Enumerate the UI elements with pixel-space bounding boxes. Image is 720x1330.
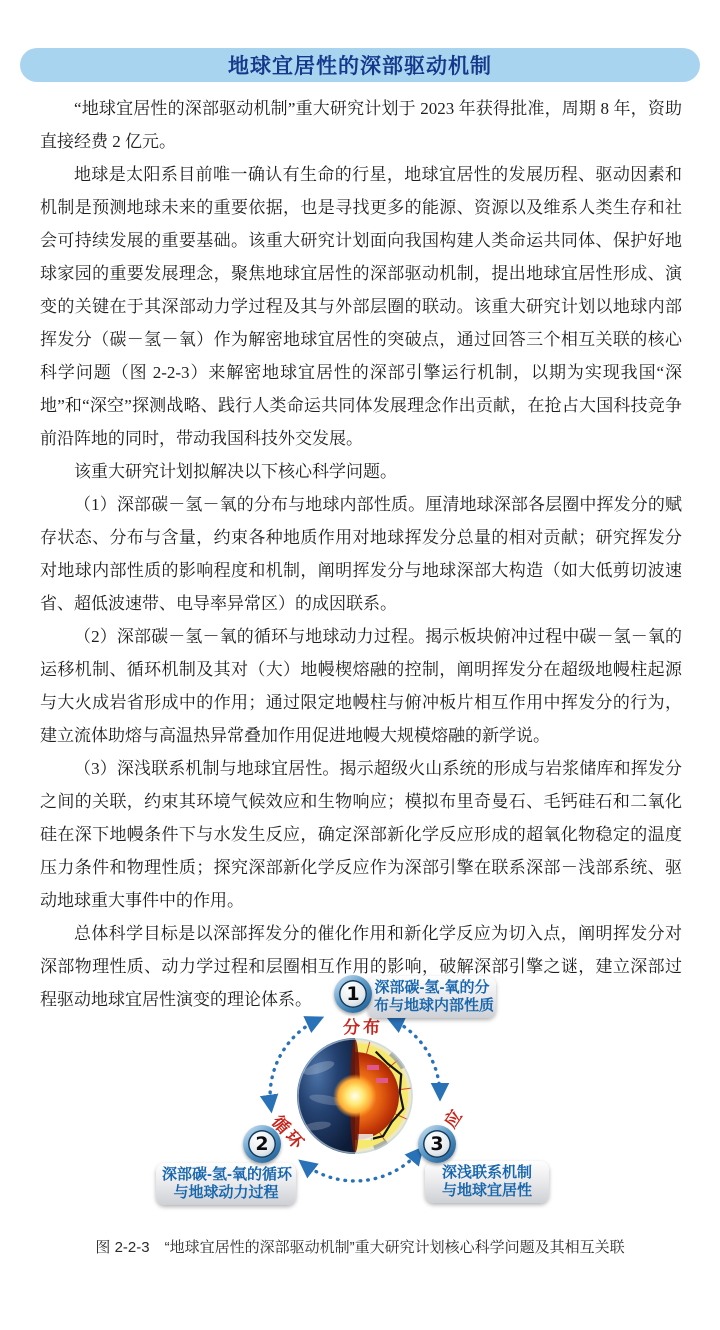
body-paragraph: （1）深部碳－氢－氧的分布与地球内部性质。厘清地球深部各层圈中挥发分的赋存状态、… <box>40 488 682 620</box>
body-paragraph: 该重大研究计划拟解决以下核心科学问题。 <box>40 455 682 488</box>
node-3-label: 深浅联系机制 与地球宜居性 <box>425 1161 549 1203</box>
body-paragraph: （3）深浅联系机制与地球宜居性。揭示超级火山系统的形成与岩浆储库和挥发分之间的关… <box>40 752 682 917</box>
earth-cross-section-image <box>297 1038 413 1154</box>
node-1-label: 深部碳-氢-氧的分 布与地球内部性质 <box>368 976 496 1018</box>
page-title: 地球宜居性的深部驱动机制 <box>228 50 492 80</box>
node-3-badge: 3 <box>418 1125 456 1163</box>
body-paragraph: （2）深部碳－氢－氧的循环与地球动力过程。揭示板块俯冲过程中碳－氢－氧的运移机制… <box>40 620 682 752</box>
node-2-number: 2 <box>248 1130 276 1158</box>
node-2-label: 深部碳-氢-氧的循环 与地球动力过程 <box>156 1163 296 1205</box>
body-paragraph: “地球宜居性的深部驱动机制”重大研究计划于 2023 年获得批准，周期 8 年，… <box>40 92 682 158</box>
figure-caption: 图 2-2-3 “地球宜居性的深部驱动机制”重大研究计划核心科学问题及其相互关联 <box>0 1236 720 1257</box>
node-1-number: 1 <box>339 980 367 1008</box>
node-1-label-line2: 布与地球内部性质 <box>374 997 490 1015</box>
body-text: “地球宜居性的深部驱动机制”重大研究计划于 2023 年获得批准，周期 8 年，… <box>40 92 682 1016</box>
node-2-label-line1: 深部碳-氢-氧的循环 <box>162 1166 290 1184</box>
body-paragraph: 地球是太阳系目前唯一确认有生命的行星，地球宜居性的发展历程、驱动因素和机制是预测… <box>40 158 682 455</box>
node-3-label-line1: 深浅联系机制 <box>431 1164 543 1182</box>
document-page: 地球宜居性的深部驱动机制 “地球宜居性的深部驱动机制”重大研究计划于 2023 … <box>0 0 720 1330</box>
node-2-label-line2: 与地球动力过程 <box>162 1184 290 1202</box>
node-1-badge: 1 <box>334 975 372 1013</box>
section-title-banner: 地球宜居性的深部驱动机制 <box>20 48 700 82</box>
node-3-label-line2: 与地球宜居性 <box>431 1182 543 1200</box>
figure-2-2-3-diagram: 分布 循环 效应 1 深部碳-氢-氧的分 布与地球内部性质 2 深部碳-氢-氧的… <box>150 975 580 1225</box>
node-3-number: 3 <box>423 1130 451 1158</box>
node-2-badge: 2 <box>243 1125 281 1163</box>
node-1-label-line1: 深部碳-氢-氧的分 <box>374 979 490 997</box>
